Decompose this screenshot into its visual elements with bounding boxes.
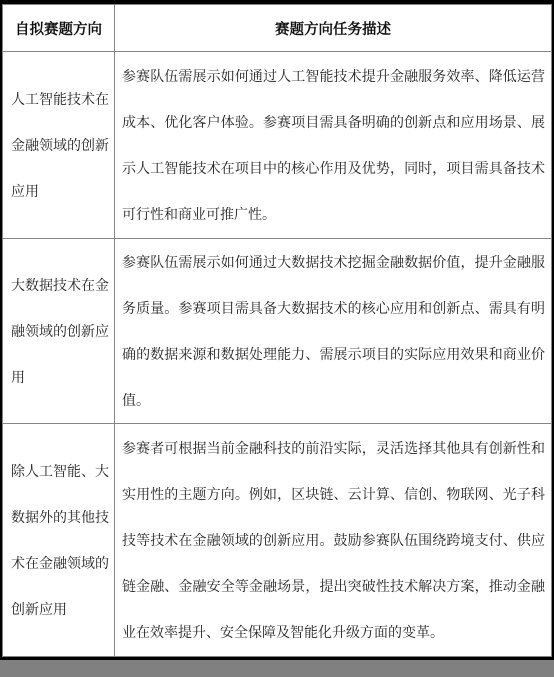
direction-cell-other-tech: 除人工智能、大数据外的其他技术在金融领域的创新应用	[3, 424, 115, 657]
description-cell-other-tech: 参赛者可根据当前金融科技的前沿实际，灵活选择其他具有创新性和实用性的主题方向。例…	[115, 424, 552, 657]
competition-topic-table: 自拟赛题方向 赛题方向任务描述 人工智能技术在金融领域的创新应用 参赛队伍需展示…	[0, 0, 554, 660]
table-row-bigdata: 大数据技术在金融领域的创新应用 参赛队伍需展示如何通过大数据技术挖掘金融数据价值…	[3, 239, 552, 424]
table: 自拟赛题方向 赛题方向任务描述 人工智能技术在金融领域的创新应用 参赛队伍需展示…	[2, 4, 552, 657]
document-page: 自拟赛题方向 赛题方向任务描述 人工智能技术在金融领域的创新应用 参赛队伍需展示…	[0, 0, 554, 677]
table-header-row: 自拟赛题方向 赛题方向任务描述	[3, 5, 552, 52]
header-task-description: 赛题方向任务描述	[115, 5, 552, 52]
table-row-other-tech: 除人工智能、大数据外的其他技术在金融领域的创新应用 参赛者可根据当前金融科技的前…	[3, 424, 552, 657]
direction-cell-ai: 人工智能技术在金融领域的创新应用	[3, 52, 115, 239]
table-row-ai: 人工智能技术在金融领域的创新应用 参赛队伍需展示如何通过人工智能技术提升金融服务…	[3, 52, 552, 239]
header-topic-direction: 自拟赛题方向	[3, 5, 115, 52]
description-cell-bigdata: 参赛队伍需展示如何通过大数据技术挖掘金融数据价值，提升金融服务质量。参赛项目需具…	[115, 239, 552, 424]
direction-cell-bigdata: 大数据技术在金融领域的创新应用	[3, 239, 115, 424]
bottom-gray-bar	[0, 660, 554, 677]
description-cell-ai: 参赛队伍需展示如何通过人工智能技术提升金融服务效率、降低运营成本、优化客户体验。…	[115, 52, 552, 239]
